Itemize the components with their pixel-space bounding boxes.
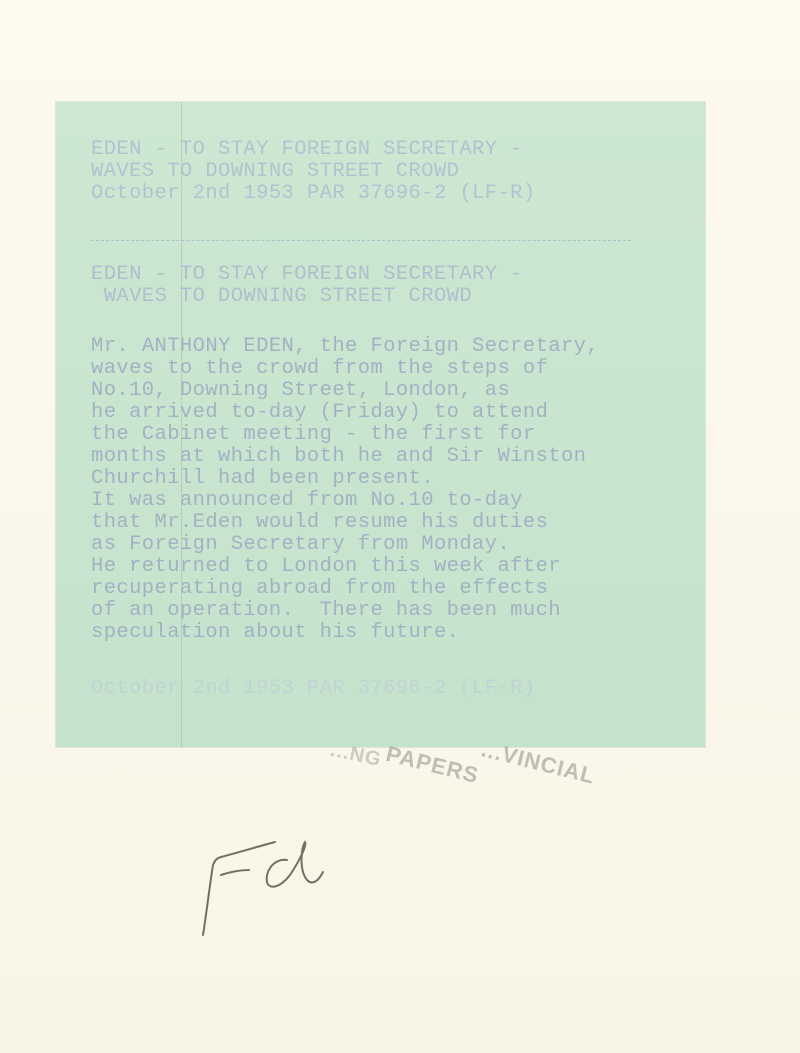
body-line: the Cabinet meeting - the first for: [91, 424, 599, 446]
body-line: months at which both he and Sir Winston: [91, 446, 599, 468]
stamp-papers: PAPERS: [383, 741, 481, 789]
dashed-divider: [91, 240, 631, 241]
body-line: speculation about his future.: [91, 622, 599, 644]
caption-card: EDEN - TO STAY FOREIGN SECRETARY -WAVES …: [56, 102, 705, 747]
body-line: he arrived to-day (Friday) to attend: [91, 402, 599, 424]
body-line: It was announced from No.10 to-day: [91, 490, 599, 512]
caption-body: Mr. ANTHONY EDEN, the Foreign Secretary,…: [91, 336, 599, 644]
title-line: WAVES TO DOWNING STREET CROWD: [91, 286, 523, 308]
body-line: Churchill had been present.: [91, 468, 599, 490]
header-line: WAVES TO DOWNING STREET CROWD: [91, 161, 536, 183]
header-line-date-ref: October 2nd 1953 PAR 37696-2 (LF-R): [91, 183, 536, 205]
body-line: No.10, Downing Street, London, as: [91, 380, 599, 402]
caption-header: EDEN - TO STAY FOREIGN SECRETARY -WAVES …: [91, 139, 536, 205]
body-line: recuperating abroad from the effects: [91, 578, 599, 600]
photo-back: EDEN - TO STAY FOREIGN SECRETARY -WAVES …: [0, 0, 800, 1053]
handwritten-initials-icon: F-cl: [195, 830, 365, 940]
header-line: EDEN - TO STAY FOREIGN SECRETARY -: [91, 139, 536, 161]
body-line: Mr. ANTHONY EDEN, the Foreign Secretary,: [91, 336, 599, 358]
caption-footer: October 2nd 1953 PAR 37696-2 (LF-R): [91, 678, 536, 700]
body-line: of an operation. There has been much: [91, 600, 599, 622]
body-line: waves to the crowd from the steps of: [91, 358, 599, 380]
body-line: He returned to London this week after: [91, 556, 599, 578]
caption-title: EDEN - TO STAY FOREIGN SECRETARY - WAVES…: [91, 264, 523, 308]
body-line: that Mr.Eden would resume his duties: [91, 512, 599, 534]
body-line: as Foreign Secretary from Monday.: [91, 534, 599, 556]
title-line: EDEN - TO STAY FOREIGN SECRETARY -: [91, 264, 523, 286]
